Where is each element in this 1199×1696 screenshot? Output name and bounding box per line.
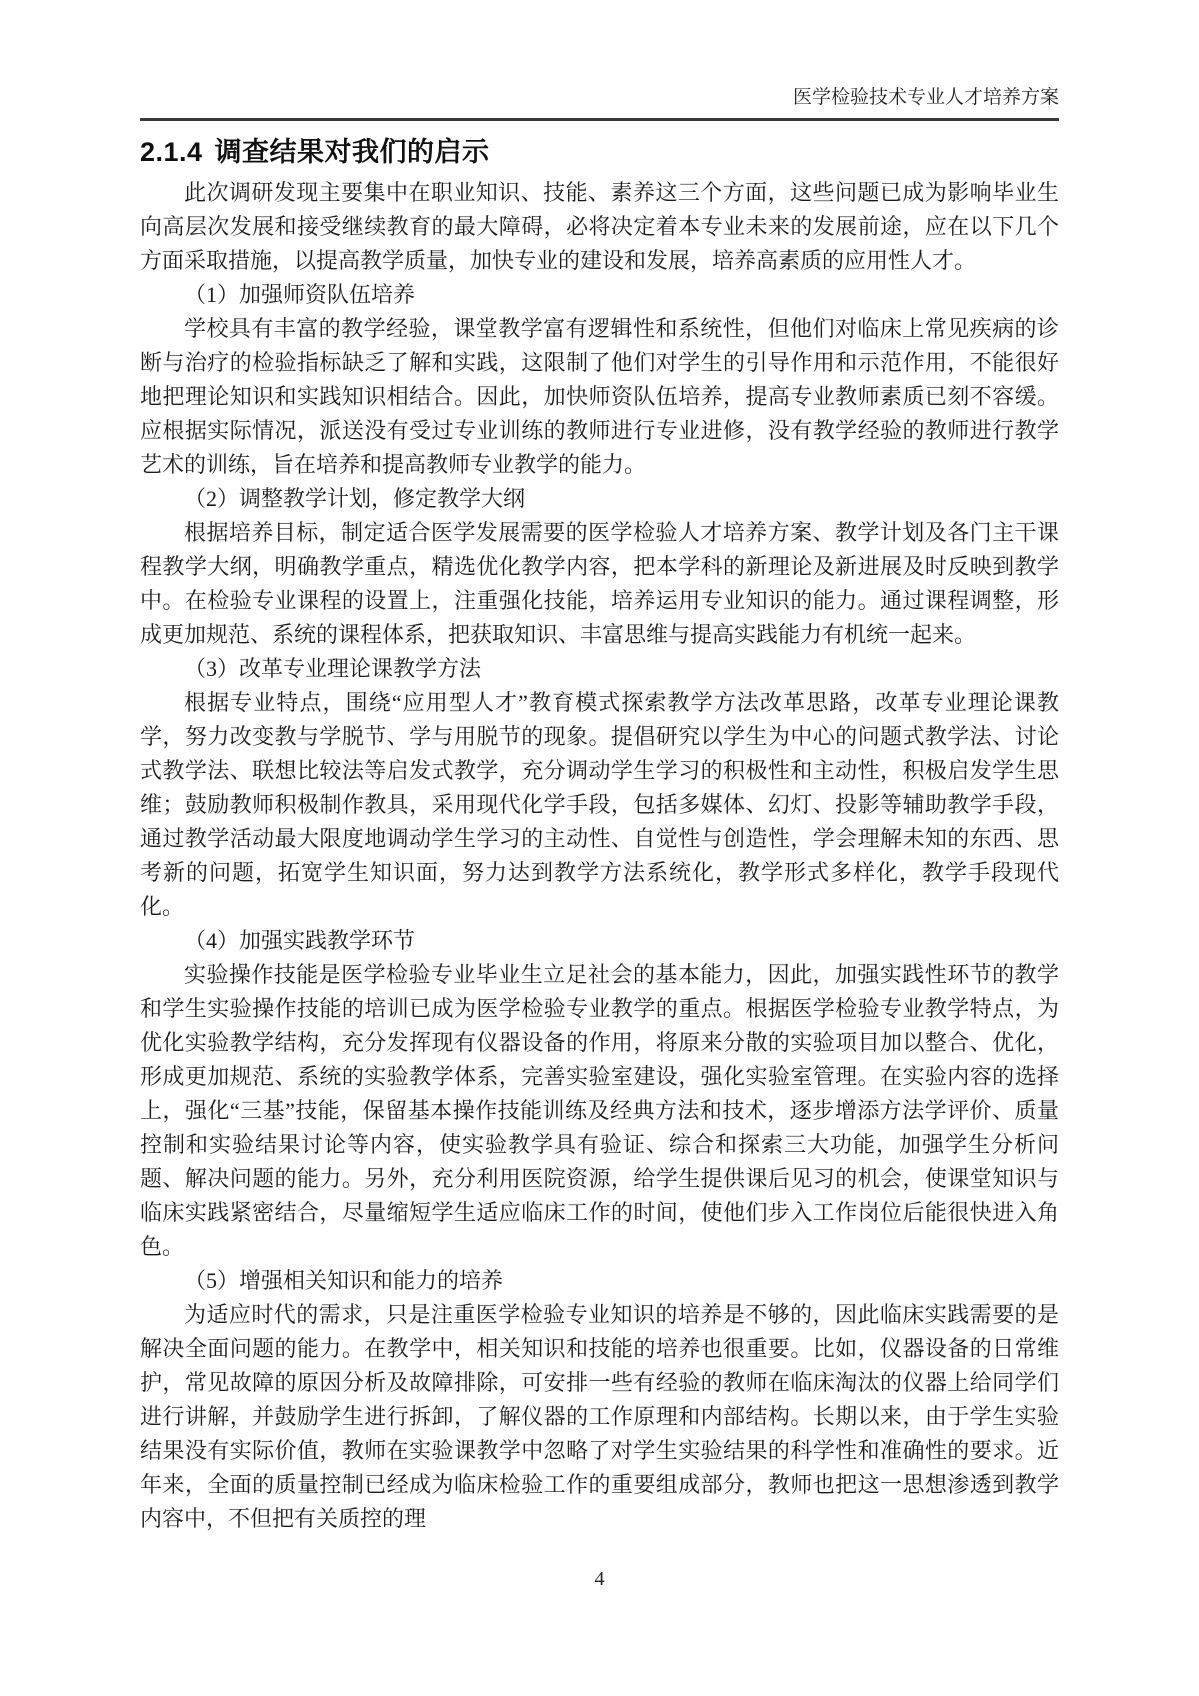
section-title: 调查结果对我们的启示 <box>215 137 490 167</box>
page-number: 4 <box>595 1568 605 1590</box>
paragraph: 为适应时代的需求，只是注重医学检验专业知识的培养是不够的，因此临床实践需要的是解… <box>140 1298 1059 1536</box>
paragraph: 实验操作技能是医学检验专业毕业生立足社会的基本能力，因此，加强实践性环节的教学和… <box>140 958 1059 1264</box>
page-header: 医学检验技术专业人才培养方案 <box>140 0 1059 109</box>
paragraph: 学校具有丰富的教学经验，课堂教学富有逻辑性和系统性，但他们对临床上常见疾病的诊断… <box>140 312 1059 482</box>
item-heading: （2）调整教学计划，修定教学大纲 <box>140 482 1059 516</box>
document-body: 此次调研发现主要集中在职业知识、技能、素养这三个方面，这些问题已成为影响毕业生向… <box>140 176 1059 1536</box>
paragraph: 根据专业特点，围绕“应用型人才”教育模式探索教学方法改革思路，改革专业理论课教学… <box>140 686 1059 924</box>
page-footer: 4 <box>140 1568 1059 1591</box>
item-heading: （4）加强实践教学环节 <box>140 924 1059 958</box>
paragraph: 根据培养目标，制定适合医学发展需要的医学检验人才培养方案、教学计划及各门主干课程… <box>140 516 1059 652</box>
section-heading: 2.1.4调查结果对我们的启示 <box>140 136 1059 169</box>
header-rule <box>140 118 1059 121</box>
document-page: 医学检验技术专业人才培养方案 2.1.4调查结果对我们的启示 此次调研发现主要集… <box>0 0 1199 1696</box>
item-heading: （3）改革专业理论课教学方法 <box>140 652 1059 686</box>
header-title: 医学检验技术专业人才培养方案 <box>793 87 1059 108</box>
section-number: 2.1.4 <box>140 137 203 167</box>
item-heading: （1）加强师资队伍培养 <box>140 278 1059 312</box>
paragraph: 此次调研发现主要集中在职业知识、技能、素养这三个方面，这些问题已成为影响毕业生向… <box>140 176 1059 278</box>
item-heading: （5）增强相关知识和能力的培养 <box>140 1264 1059 1298</box>
